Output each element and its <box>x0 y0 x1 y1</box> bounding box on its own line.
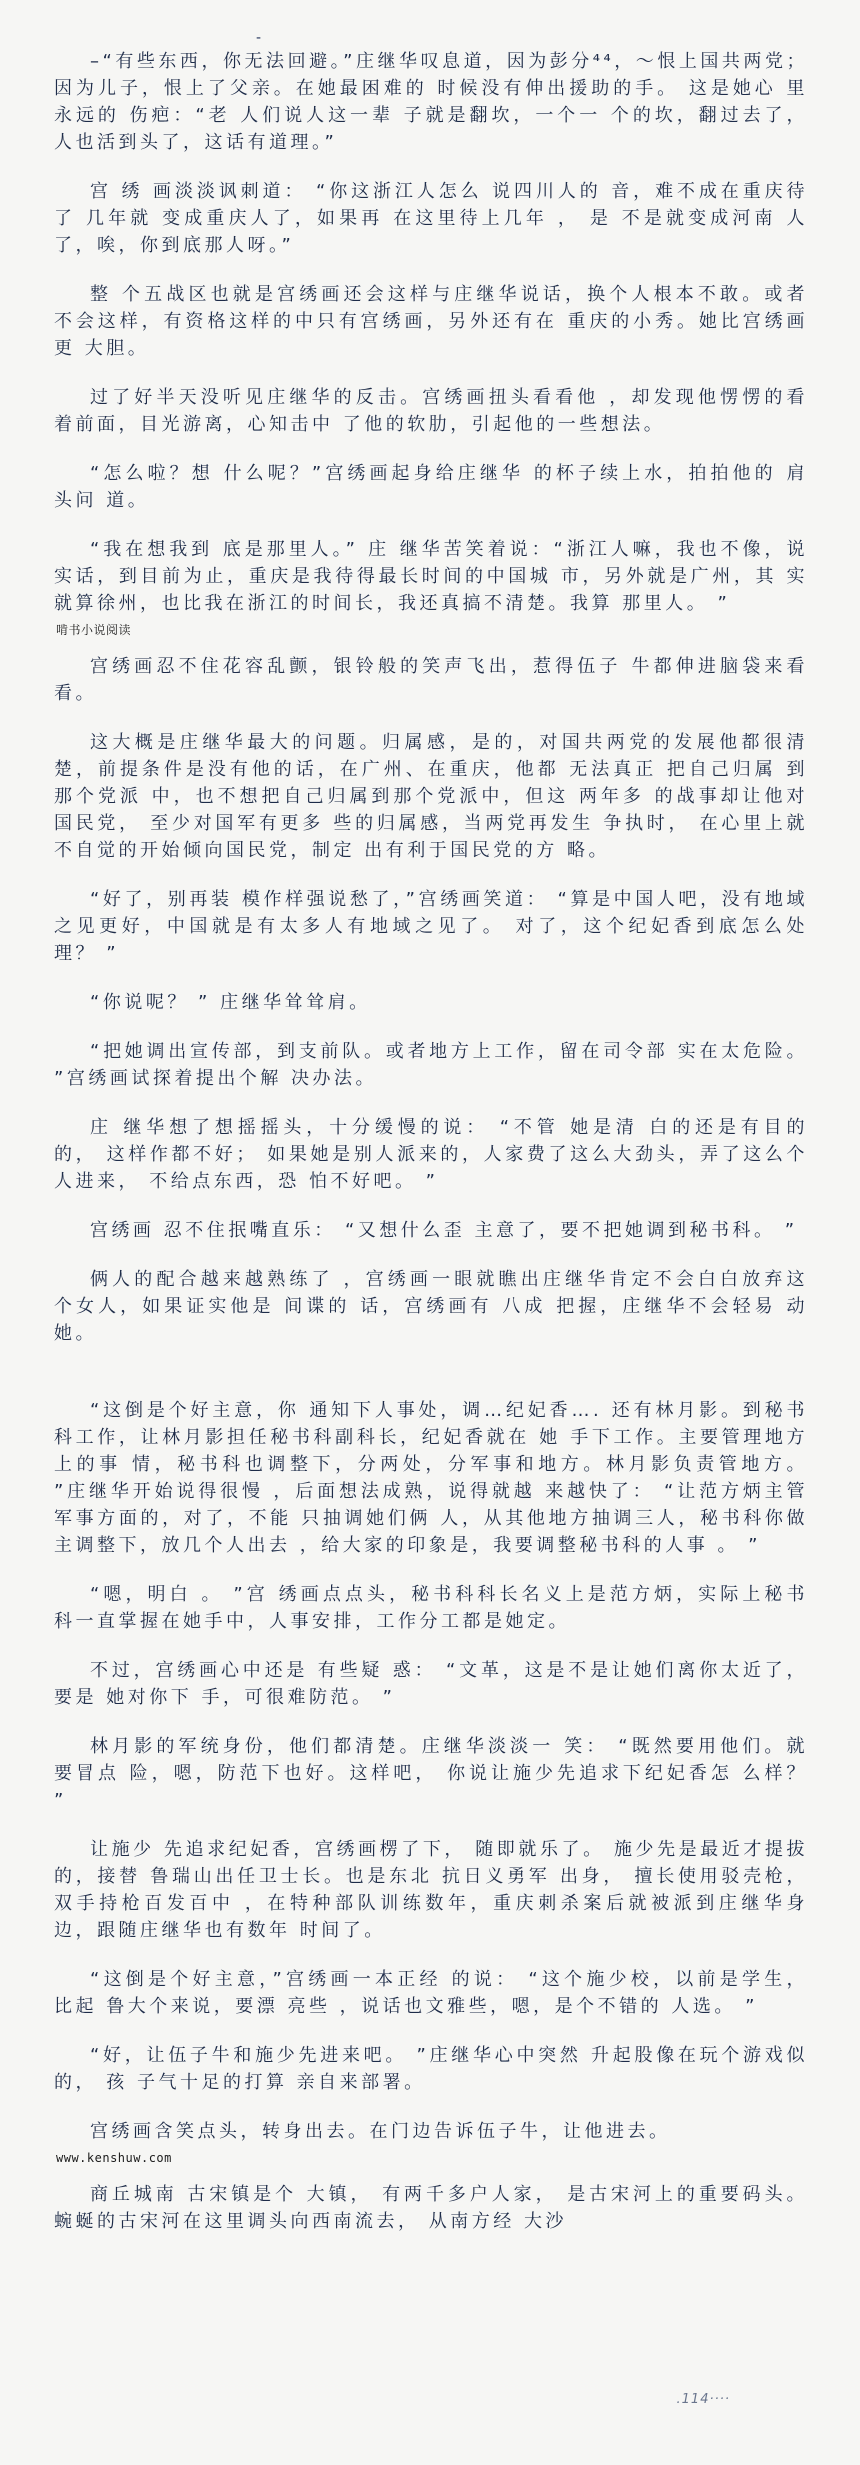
paragraph-4: 过了好半天没听见庄继华的反击。宫绣画扭头看看他 ，却发现他愣愣的看着前面，目光游… <box>54 384 808 438</box>
paragraph-13: 宫绣画 忍不住抿嘴直乐： “又想什么歪 主意了，要不把她调到秘书科。 ” <box>54 1217 808 1244</box>
paragraph-10: “你说呢？ ” 庄继华耸耸肩。 <box>54 989 808 1016</box>
top-page-mark: - <box>256 30 261 46</box>
paragraph-2: 宫 绣 画淡淡讽刺道： “你这浙江人怎么 说四川人的 音，难不成在重庆待了 几年… <box>54 178 808 259</box>
paragraph-17: 不过，宫绣画心中还是 有些疑 惑： “文革，这是不是让她们离你太近了，要是 她对… <box>54 1657 808 1711</box>
paragraph-12: 庄 继华想了想摇摇头，十分缓慢的说： “不管 她是清 白的还是有目的 的， 这样… <box>54 1114 808 1195</box>
paragraph-16: “嗯，明白 。 ”宫 绣画点点头，秘书科科长名义上是范方炳，实际上秘书科一直掌握… <box>54 1581 808 1635</box>
paragraph-9: “好了，别再装 模作样强说愁了，”宫绣画笑道： “算是中国人吧，没有地域之见更好… <box>54 886 808 967</box>
paragraph-5: “怎么啦？想 什么呢？”宫绣画起身给庄继华 的杯子续上水，拍拍他的 肩头问 道。 <box>54 460 808 514</box>
text-column: –“有些东西，你无法回避。”庄继华叹息道，因为彭分⁴⁴，〜恨上国共两党；因为儿子… <box>54 48 808 2257</box>
paragraph-22: 宫绣画含笑点头，转身出去。在门边告诉伍子牛，让他进去。 <box>54 2118 808 2145</box>
paragraph-23: 商丘城南 古宋镇是个 大镇， 有两千多户人家， 是古宋河上的重要码头。蜿蜒的古宋… <box>54 2181 808 2235</box>
scanned-novel-page: - –“有些东西，你无法回避。”庄继华叹息道，因为彭分⁴⁴，〜恨上国共两党；因为… <box>0 0 860 2465</box>
paragraph-14: 俩人的配合越来越熟练了 ，宫绣画一眼就瞧出庄继华肯定不会白白放弃这个女人，如果证… <box>54 1266 808 1347</box>
paragraph-8: 这大概是庄继华最大的问题。归属感，是的，对国共两党的发展他都很清楚，前提条件是没… <box>54 729 808 864</box>
paragraph-19: 让施少 先追求纪妃香，宫绣画楞了下， 随即就乐了。 施少先是最近才提拔的，接替 … <box>54 1836 808 1944</box>
paragraph-15: “这倒是个好主意，你 通知下人事处，调…纪妃香…. 还有林月影。到秘书科工作，让… <box>54 1397 808 1559</box>
paragraph-3: 整 个五战区也就是宫绣画还会这样与庄继华说话，换个人根本不敢。或者不会这样，有资… <box>54 281 808 362</box>
paragraph-11: “把她调出宣传部，到支前队。或者地方上工作，留在司令部 实在太危险。 ”宫绣画试… <box>54 1038 808 1092</box>
paragraph-6: “我在想我到 底是那里人。” 庄 继华苦笑着说：“浙江人嘛，我也不像，说实话，到… <box>54 536 808 617</box>
paragraph-7: 宫绣画忍不住花容乱颤，银铃般的笑声飞出，惹得伍子 牛都伸进脑袋来看 看。 <box>54 653 808 707</box>
watermark-url: www.kenshuw.com <box>56 2151 808 2165</box>
paragraph-1: –“有些东西，你无法回避。”庄继华叹息道，因为彭分⁴⁴，〜恨上国共两党；因为儿子… <box>54 48 808 156</box>
page-number: .114···· <box>677 2392 730 2407</box>
paragraph-20: “这倒是个好主意，”宫绣画一本正经 的说： “这个施少校，以前是学生， 比起 鲁… <box>54 1966 808 2020</box>
watermark-kenshu: 啃书小说阅读 <box>56 623 808 637</box>
paragraph-18: 林月影的军统身份，他们都清楚。庄继华淡淡一 笑： “既然要用他们。就要冒点 险，… <box>54 1733 808 1814</box>
paragraph-21: “好，让伍子牛和施少先进来吧。 ”庄继华心中突然 升起股像在玩个游戏似的， 孩 … <box>54 2042 808 2096</box>
